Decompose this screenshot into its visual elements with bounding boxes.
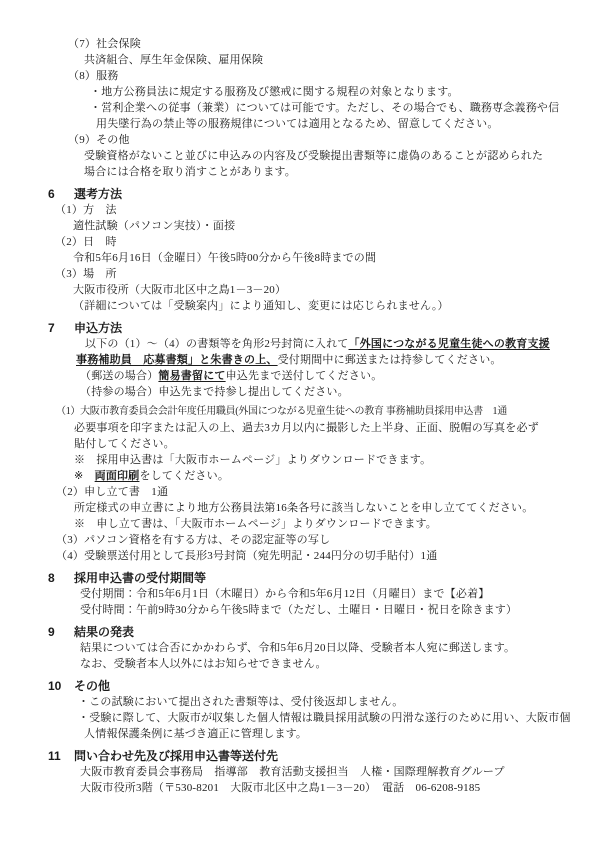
document-item-4-heading: （4）受験票送付用として長形3号封筒（宛先明記・244円分の切手貼付）1通 [56, 548, 582, 564]
item-7-heading: （7）社会保険 [68, 36, 582, 52]
section-7-paragraph-emphasis-2: 事務補助員 応募書類」と朱書きの上、 [76, 354, 278, 366]
section-6-title: 選考方法 [74, 187, 122, 201]
section-10-title: その他 [74, 679, 110, 693]
item-8-heading: （8）服務 [68, 68, 582, 84]
document-item-1-note-2-emphasis: 両面印刷 [95, 470, 140, 482]
section-9-title: 結果の発表 [74, 625, 134, 639]
section-10-bullet-1: ・この試験において提出された書類等は、受付後返却しません。 [78, 694, 582, 710]
section-10-heading: 10その他 [48, 678, 582, 694]
section-11-contact-line-2: 大阪市役所3階（〒530-8201 大阪市北区中之島1－3－20） 電話 06-… [80, 780, 582, 796]
section-7-paragraph-emphasis-1: 「外国につながる児童生徒への教育支援 [349, 338, 550, 350]
section-10-bullet-2-line-1: ・受験に際して、大阪市が収集した個人情報は職員採用試験の円滑な遂行のために用い、… [78, 710, 582, 726]
section-7-bring-line: （持参の場合）申込先まで持参し提出してください。 [80, 384, 582, 400]
section-11-number: 11 [48, 748, 74, 764]
section-7-paragraph-line-2: 事務補助員 応募書類」と朱書きの上、受付期間中に郵送または持参してください。 [76, 352, 582, 368]
section-6-sub-3-body-line-1: 大阪市役所（大阪市北区中之島1－3－20） [73, 282, 582, 298]
section-6-sub-2-heading: （2）日 時 [55, 234, 582, 250]
section-11-title: 問い合わせ先及び採用申込書等送付先 [74, 749, 278, 763]
section-8-hours-line: 受付時間：午前9時30分から午後5時まで（ただし、土曜日・日曜日・祝日を除きます… [80, 602, 582, 618]
item-8-bullet-2-line-2: 用失墜行為の禁止等の服務規律については適用となるため、留意してください。 [96, 116, 582, 132]
section-6-sub-1-body: 適性試験（パソコン実技）・面接 [73, 218, 582, 234]
section-7-paragraph-line-1: 以下の（1）～（4）の書類等を角形2号封筒に入れて「外国につながる児童生徒への教… [85, 336, 582, 352]
section-6-sub-3-heading: （3）場 所 [55, 266, 582, 282]
document-item-2-body: 所定様式の申立書により地方公務員法第16条各号に該当しないことを申し立ててくださ… [74, 500, 582, 516]
section-6-heading: 6選考方法 [48, 186, 582, 202]
section-7-number: 7 [48, 320, 74, 336]
section-10-number: 10 [48, 678, 74, 694]
section-11-contact-line-1: 大阪市教育委員会事務局 指導部 教育活動支援担当 人権・国際理解教育グループ [80, 764, 582, 780]
document-item-2-heading: （2）申し立て書 1通 [56, 484, 582, 500]
document-item-1-body-line-1: 必要事項を印字または記入の上、過去3カ月以内に撮影した上半身、正面、脱帽の写真を… [74, 420, 582, 436]
section-11-heading: 11問い合わせ先及び採用申込書等送付先 [48, 748, 582, 764]
document-item-2-note: ※ 申し立て書は、「大阪市ホームページ」よりダウンロードできます。 [74, 516, 582, 532]
document-item-1-note-2-prefix: ※ [74, 470, 95, 482]
section-6-sub-3-body-line-2: （詳細については「受験案内」により通知し、変更には応じられません。） [73, 298, 582, 314]
section-8-heading: 8採用申込書の受付期間等 [48, 570, 582, 586]
item-8-bullet-2-line-1: ・営利企業への従事（兼業）については可能です。ただし、その場合でも、職務専念義務… [90, 100, 582, 116]
section-7-paragraph-normal-1: 以下の（1）～（4）の書類等を角形2号封筒に入れて [85, 338, 349, 350]
document-item-1-note-2: ※ 両面印刷をしてください。 [74, 468, 582, 484]
section-7-heading: 7申込方法 [48, 320, 582, 336]
section-9-body-line-2: なお、受験者本人以外にはお知らせできません。 [80, 656, 582, 672]
item-9-body-line-2: 場合には合格を取り消すことがあります。 [84, 164, 582, 180]
document-item-1-heading: （1）大阪市教育委員会会計年度任用職員(外国につながる児童生徒への教育 事務補助… [56, 404, 582, 420]
section-7-paragraph-normal-2: 受付期間中に郵送または持参してください。 [278, 354, 502, 366]
document-content: （7）社会保険 共済組合、厚生年金保険、雇用保険 （8）服務 ・地方公務員法に規… [0, 0, 600, 796]
document-item-1-body-line-2: 貼付してください。 [74, 436, 582, 452]
section-9-heading: 9結果の発表 [48, 624, 582, 640]
section-8-number: 8 [48, 570, 74, 586]
section-8-title: 採用申込書の受付期間等 [74, 571, 206, 585]
section-9-number: 9 [48, 624, 74, 640]
section-7-title: 申込方法 [74, 321, 122, 335]
section-8-period-line: 受付期間：令和5年6月1日（木曜日）から令和5年6月12日（月曜日）まで【必着】 [80, 586, 582, 602]
section-7-mail-suffix: 申込先まで送付してください。 [226, 370, 383, 382]
section-6-number: 6 [48, 186, 74, 202]
document-item-1-note-2-suffix: をしてください。 [139, 470, 229, 482]
section-9-body-line-1: 結果については合否にかかわらず、令和5年6月20日以降、受験者本人宛に郵送します… [80, 640, 582, 656]
section-7-mail-prefix: （郵送の場合） [80, 370, 158, 382]
item-9-heading: （9）その他 [68, 132, 582, 148]
section-7-mail-line: （郵送の場合）簡易書留にて申込先まで送付してください。 [80, 368, 582, 384]
document-page: （7）社会保険 共済組合、厚生年金保険、雇用保険 （8）服務 ・地方公務員法に規… [0, 0, 600, 848]
item-9-body-line-1: 受験資格がないこと並びに申込みの内容及び受験提出書類等に虚偽のあることが認められ… [84, 148, 582, 164]
section-6-sub-2-body: 令和5年6月16日（金曜日）午後5時00分から午後8時までの間 [73, 250, 582, 266]
document-item-1-note-1: ※ 採用申込書は「大阪市ホームページ」よりダウンロードできます。 [74, 452, 582, 468]
item-7-body: 共済組合、厚生年金保険、雇用保険 [84, 52, 582, 68]
section-6-sub-1-heading: （1）方 法 [55, 202, 582, 218]
document-item-3-heading: （3）パソコン資格を有する方は、その認定証等の写し [56, 532, 582, 548]
item-8-bullet-1: ・地方公務員法に規定する服務及び懲戒に関する規程の対象となります。 [90, 84, 582, 100]
section-10-bullet-2-line-2: 人情報保護条例に基づき適正に管理します。 [84, 726, 582, 742]
section-7-mail-emphasis: 簡易書留にて [158, 370, 225, 382]
